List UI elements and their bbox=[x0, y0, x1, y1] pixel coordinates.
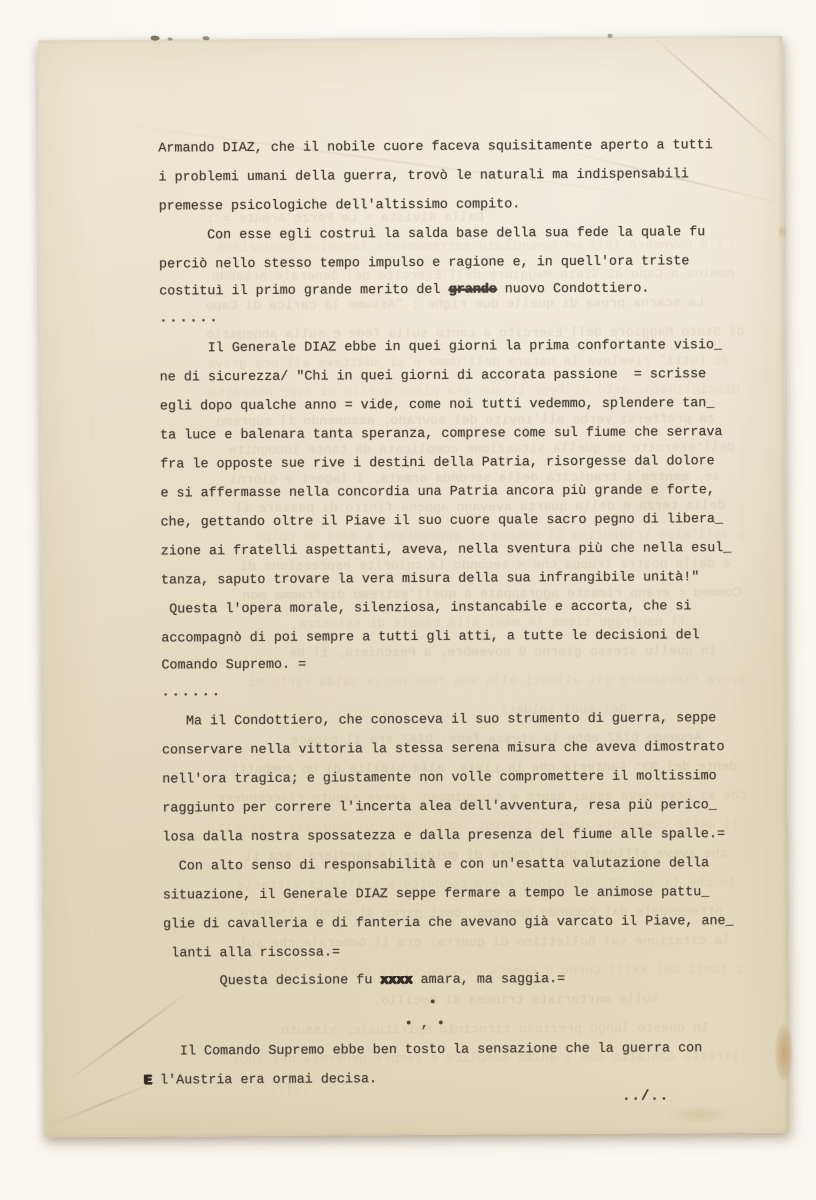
text-line: costituì il primo grande merito del gran… bbox=[159, 276, 759, 305]
text-line: losa dalla nostra spossatezza e dalla pr… bbox=[162, 820, 762, 853]
paper-stain bbox=[777, 224, 788, 240]
text-line: Questa decisione fu xxxx amara, ma saggi… bbox=[163, 965, 763, 996]
text-line: tanza, saputo trovare la vera misura del… bbox=[161, 563, 761, 596]
text-line: ta luce e balenara tanta speranza, compr… bbox=[160, 418, 760, 451]
paper-speck bbox=[168, 37, 173, 40]
text-line: perciò nello stesso tempo impulso e ragi… bbox=[159, 247, 759, 280]
text-line: Il Generale DIAZ ebbe in quei giorni la … bbox=[159, 331, 759, 364]
text-line: ...... bbox=[159, 301, 759, 335]
text-line: accompagnò di poi sempre a tutti gli att… bbox=[161, 621, 761, 654]
text-line: Il Comando Supremo ebbe ben tosto la sen… bbox=[164, 1034, 764, 1067]
text-line: ...... bbox=[162, 675, 762, 708]
text-line: premesse psicologiche dell'altissimo com… bbox=[159, 189, 759, 222]
paper-stain bbox=[775, 1024, 793, 1082]
text-line: Con esse egli costruì la salda base dell… bbox=[159, 218, 759, 251]
text-line: situazione, il Generale DIAZ seppe ferma… bbox=[163, 878, 763, 911]
text-line: e si affermasse nella concordia una Patr… bbox=[160, 476, 760, 509]
paper-sheet: Dalla Rivista = Le Forze Armate = :l'8 n… bbox=[38, 36, 790, 1138]
paper-speck bbox=[203, 36, 210, 40]
text-line: E l'Austria era ormai decisa. bbox=[144, 1063, 764, 1096]
text-line: fra le opposte sue rive i destini della … bbox=[160, 447, 760, 480]
text-line: Comando Supremo. = bbox=[161, 650, 761, 679]
scan-background: Dalla Rivista = Le Forze Armate = :l'8 n… bbox=[0, 0, 816, 1200]
paper-speck bbox=[151, 36, 160, 41]
text-line: conservare nella vittoria la stessa sere… bbox=[162, 733, 762, 766]
text-line: Ma il Condottiero, che conosceva il suo … bbox=[162, 704, 762, 737]
text-line: Con alto senso di responsabilità e con u… bbox=[163, 849, 763, 882]
text-line: raggiunto per correre l'incerta alea del… bbox=[162, 791, 762, 824]
text-line: glie di cavalleria e di fanteria che ave… bbox=[163, 907, 763, 940]
text-line: zione ai fratelli aspettanti, aveva, nel… bbox=[161, 534, 761, 567]
text-line: lanti alla riscossa.= bbox=[163, 936, 763, 969]
text-line: Questa l'opera morale, silenziosa, insta… bbox=[161, 592, 761, 625]
continuation-mark: ../.. bbox=[622, 1088, 669, 1104]
text-line: ne di sicurezza/ "Chi in quei giorni di … bbox=[160, 360, 760, 393]
paper-stain bbox=[664, 1104, 734, 1124]
typewritten-text: Armando DIAZ, che il nobile cuore faceva… bbox=[158, 131, 764, 1096]
text-line: nell'ora tragica; e giustamente non voll… bbox=[162, 762, 762, 795]
text-line: che, gettando oltre il Piave il suo cuor… bbox=[161, 505, 761, 538]
text-line: Armando DIAZ, che il nobile cuore faceva… bbox=[158, 131, 758, 164]
paper-speck bbox=[608, 34, 613, 38]
text-line: i problemi umani della guerra, trovò le … bbox=[158, 160, 758, 193]
text-line: egli dopo qualche anno = vide, come noi … bbox=[160, 389, 760, 422]
